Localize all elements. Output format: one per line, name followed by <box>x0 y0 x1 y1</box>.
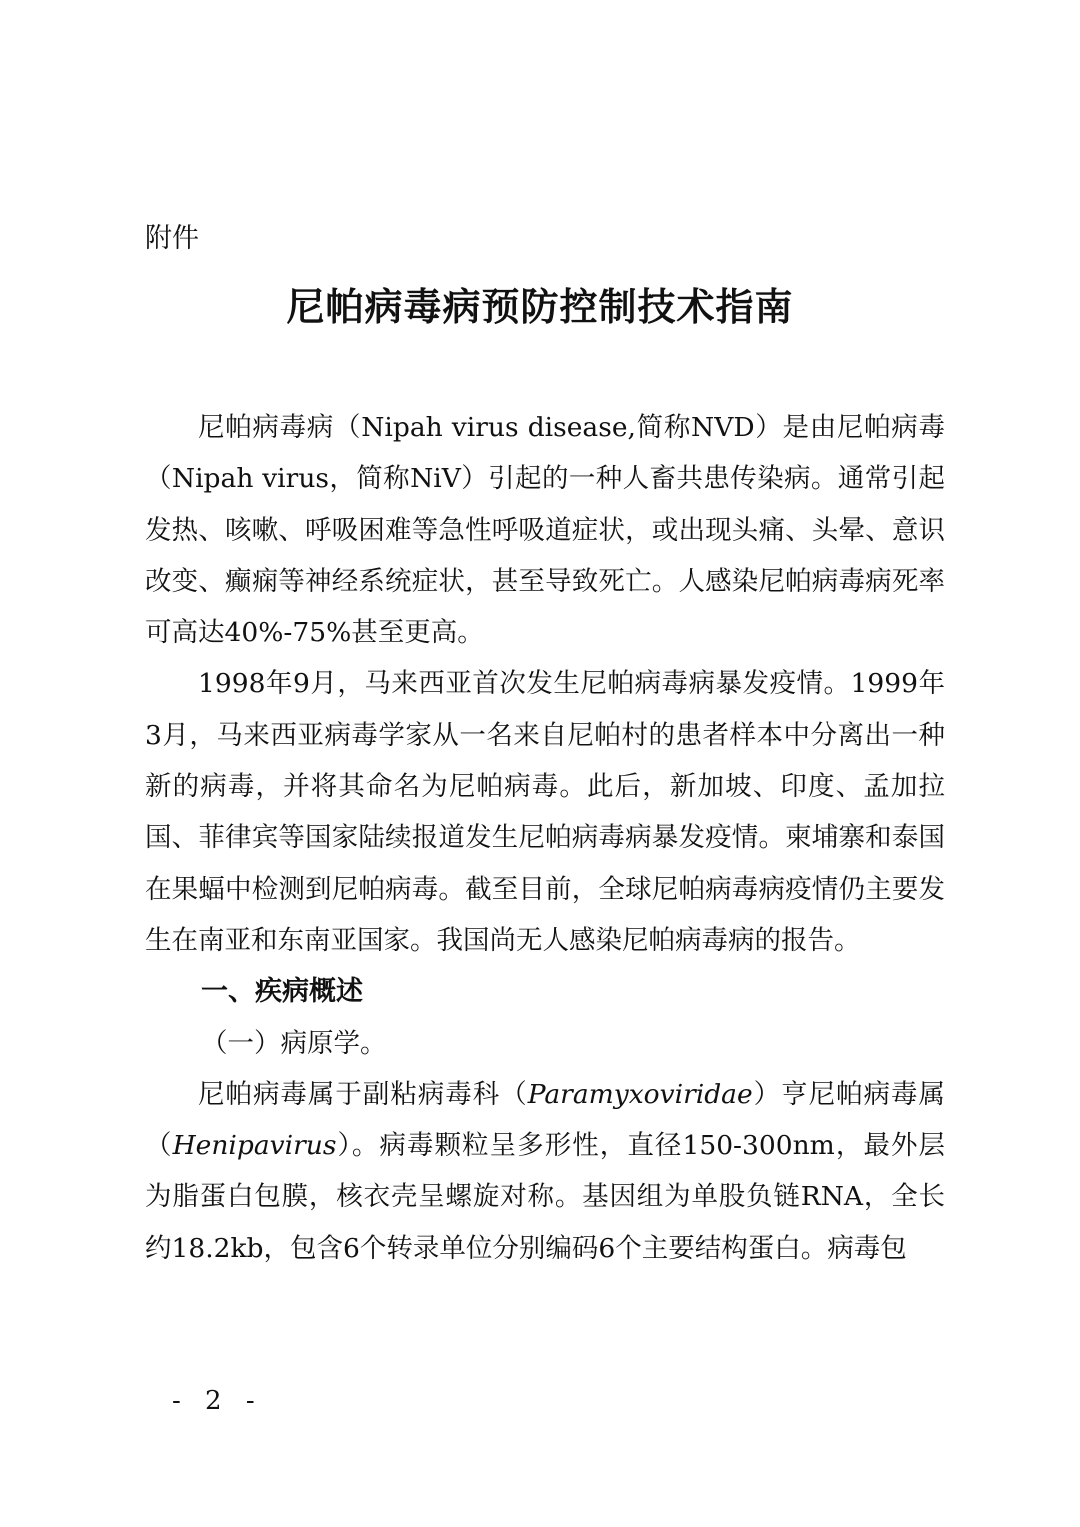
document-title: 尼帕病毒病预防控制技术指南 <box>0 276 1080 331</box>
section-heading: 一、疾病概述 <box>145 966 945 1017</box>
pathogen-text: 尼帕病毒属于副粘病毒科（ <box>198 1079 528 1110</box>
intro-paragraph: 尼帕病毒病（Nipah virus disease,简称NVD）是由尼帕病毒（N… <box>145 402 945 658</box>
attachment-label: 附件 <box>145 216 199 255</box>
history-paragraph: 1998年9月，马来西亚首次发生尼帕病毒病暴发疫情。1999年3月，马来西亚病毒… <box>145 658 945 966</box>
page-number: - 2 - <box>172 1386 263 1416</box>
document-page: 附件 尼帕病毒病预防控制技术指南 尼帕病毒病（Nipah virus disea… <box>0 0 1080 1527</box>
document-body: 尼帕病毒病（Nipah virus disease,简称NVD）是由尼帕病毒（N… <box>145 402 945 1274</box>
family-latin-name: Paramyxoviridae <box>528 1079 753 1110</box>
subsection-heading: （一）病原学。 <box>145 1018 945 1069</box>
pathogen-paragraph: 尼帕病毒属于副粘病毒科（Paramyxoviridae）亨尼帕病毒属（Henip… <box>145 1069 945 1274</box>
genus-latin-name: Henipavirus <box>173 1130 337 1161</box>
